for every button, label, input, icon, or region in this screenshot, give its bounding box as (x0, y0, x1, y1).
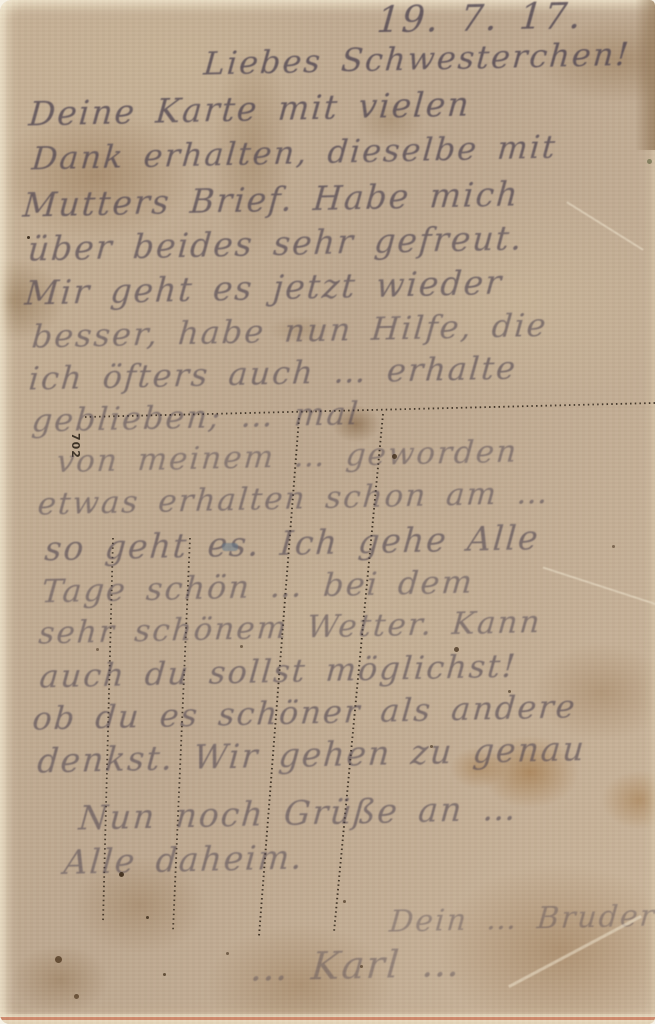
handwriting-line: von meinem … geworden (55, 434, 519, 481)
handwriting-line: auch du sollst möglichst! (38, 647, 519, 696)
handwriting-line: ich öfters auch … erhalte (27, 349, 518, 398)
right-edge-stain (635, 0, 655, 150)
handwriting-line: Alle daheim. (62, 838, 305, 883)
handwriting-line: Dein … Bruder (388, 899, 655, 940)
handwriting-line: Tage schön … bei dem (40, 563, 475, 611)
handwriting-line: Mutters Brief. Habe mich (21, 175, 521, 225)
ink-specks (0, 0, 3, 3)
handwriting-line: Liebes Schwesterchen! (202, 35, 632, 83)
postcard-scan: 702 19. 7. 17.Liebes Schwesterchen!Deine… (0, 0, 655, 1024)
handwriting-line: sehr schönem Wetter. Kann (37, 604, 543, 651)
handwriting-line: Mir geht es jetzt wieder (23, 263, 504, 313)
handwriting-line: über beides sehr gefreut. (26, 218, 525, 268)
handwriting-line: so geht es. Ich gehe Alle (43, 518, 541, 568)
bottom-card-edge (0, 1014, 655, 1024)
handwriting-line: Deine Karte mit vielen (27, 85, 472, 134)
handwriting-line: denkst. Wir gehen zu genau (36, 729, 587, 781)
blue-ink-smudge (222, 543, 238, 551)
handwriting-line: Nun noch Grüße an … (77, 789, 519, 838)
handwriting-line: … Karl … (249, 941, 464, 990)
handwriting-line: Dank erhalten, dieselbe mit (30, 128, 558, 178)
handwriting-line: geblieben; … mal (30, 394, 361, 440)
handwriting-line: etwas erhalten schon am … (36, 475, 551, 523)
handwriting-line: besser, habe nun Hilfe, die (30, 306, 549, 356)
handwriting-layer: 19. 7. 17.Liebes Schwesterchen!Deine Kar… (0, 0, 655, 1024)
handwriting-line: 19. 7. 17. (375, 0, 584, 42)
